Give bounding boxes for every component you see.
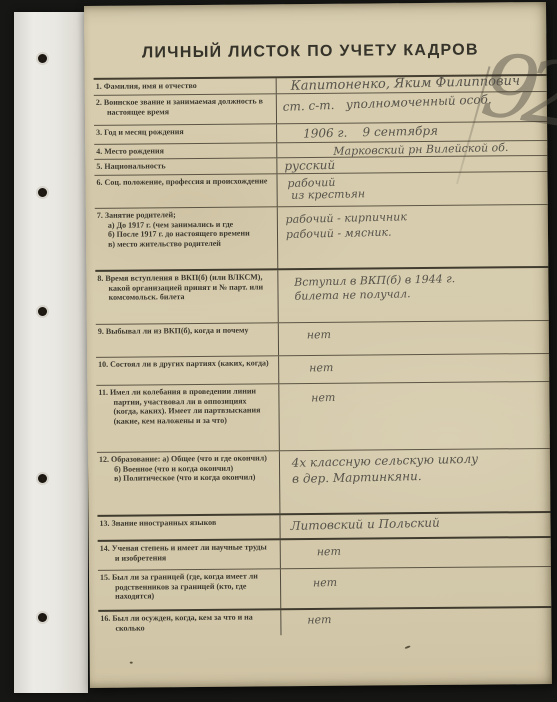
row-4-label: 4. Место рождения — [94, 143, 277, 159]
table-row: 11. Имел ли колебания в проведении линии… — [96, 381, 550, 452]
table-row: 14. Ученая степень и имеет ли научные тр… — [98, 536, 551, 570]
row-9-handwritten-value: нет — [279, 319, 550, 357]
row-1-label: 1. Фамилия, имя и отчество — [94, 78, 277, 95]
scanned-document-background: ЛИЧНЫЙ ЛИСТОК ПО УЧЕТУ КАДРОВ 92 1. Фами… — [0, 0, 557, 702]
table-row: 13. Знание иностранных языков Литовский … — [97, 511, 550, 540]
row-15-label: 15. Был ли за границей (где, когда имеет… — [98, 569, 281, 610]
row-2-label: 2. Воинское звание и занимаемая должност… — [94, 94, 277, 125]
table-row: 10. Состоял ли в других партиях (каких, … — [96, 353, 549, 385]
form-title: ЛИЧНЫЙ ЛИСТОК ПО УЧЕТУ КАДРОВ — [79, 42, 541, 62]
row-7-label: 7. Занятие родителей; а) До 1917 г. (чем… — [95, 207, 279, 270]
personnel-form-page: ЛИЧНЫЙ ЛИСТОК ПО УЧЕТУ КАДРОВ 92 1. Фами… — [84, 2, 552, 688]
table-row: 6. Соц. положение, профессия и происхожд… — [94, 171, 547, 208]
table-row: 15. Был ли за границей (где, когда имеет… — [98, 566, 551, 610]
paper-speck — [130, 662, 133, 664]
table-row: 16. Был ли осужден, когда, кем за что и … — [98, 606, 551, 637]
row-5-label: 5. Национальность — [94, 158, 277, 175]
punch-hole — [38, 474, 47, 483]
row-8-handwritten-value: Вступил в ВКП(б) в 1944 г. билета не пол… — [278, 266, 549, 324]
row-11-handwritten-value: нет — [279, 380, 550, 452]
punch-hole — [38, 307, 47, 316]
punch-hole — [38, 188, 47, 197]
row-13-label: 13. Знание иностранных языков — [97, 515, 280, 540]
binder-sheet — [14, 12, 88, 693]
form-table: 1. Фамилия, имя и отчество Капитоненко, … — [94, 74, 552, 637]
table-row: 7. Занятие родителей; а) До 1917 г. (чем… — [95, 204, 549, 270]
table-row: 9. Выбывал ли из ВКП(б), когда и почему … — [96, 320, 549, 357]
row-12-handwritten-value: 4х классную сельскую школу в дер. Мартин… — [279, 447, 550, 515]
row-15-handwritten-value: нет — [281, 565, 552, 610]
row-6-handwritten-value: рабочий из крестьян — [277, 170, 548, 208]
row-14-label: 14. Ученая степень и имеет ли научные тр… — [98, 540, 281, 570]
row-16-label: 16. Был ли осужден, когда, кем за что и … — [98, 610, 281, 637]
row-8-label: 8. Время вступления в ВКП(б) (или ВЛКСМ)… — [95, 270, 278, 324]
row-10-label: 10. Состоял ли в других партиях (каких, … — [96, 356, 279, 385]
row-6-label: 6. Соц. положение, профессия и происхожд… — [94, 174, 277, 208]
row-7-handwritten-value: рабочий - кирпичник рабочий - мясник. — [277, 203, 548, 270]
row-3-label: 3. Год и месяц рождения — [94, 124, 277, 144]
row-11-label: 11. Имел ли колебания в проведении линии… — [96, 384, 280, 452]
paper-speck — [404, 645, 410, 649]
table-row: 8. Время вступления в ВКП(б) (или ВЛКСМ)… — [95, 266, 548, 324]
row-9-label: 9. Выбывал ли из ВКП(б), когда и почему — [96, 323, 279, 357]
punch-hole — [38, 54, 47, 63]
table-row: 2. Воинское звание и занимаемая должност… — [94, 91, 547, 125]
row-16-handwritten-value: нет — [281, 606, 551, 637]
punch-hole — [38, 613, 47, 622]
row-12-label: 12. Образование: а) Общее (что и где око… — [97, 451, 281, 515]
table-row: 12. Образование: а) Общее (что и где око… — [97, 448, 551, 515]
